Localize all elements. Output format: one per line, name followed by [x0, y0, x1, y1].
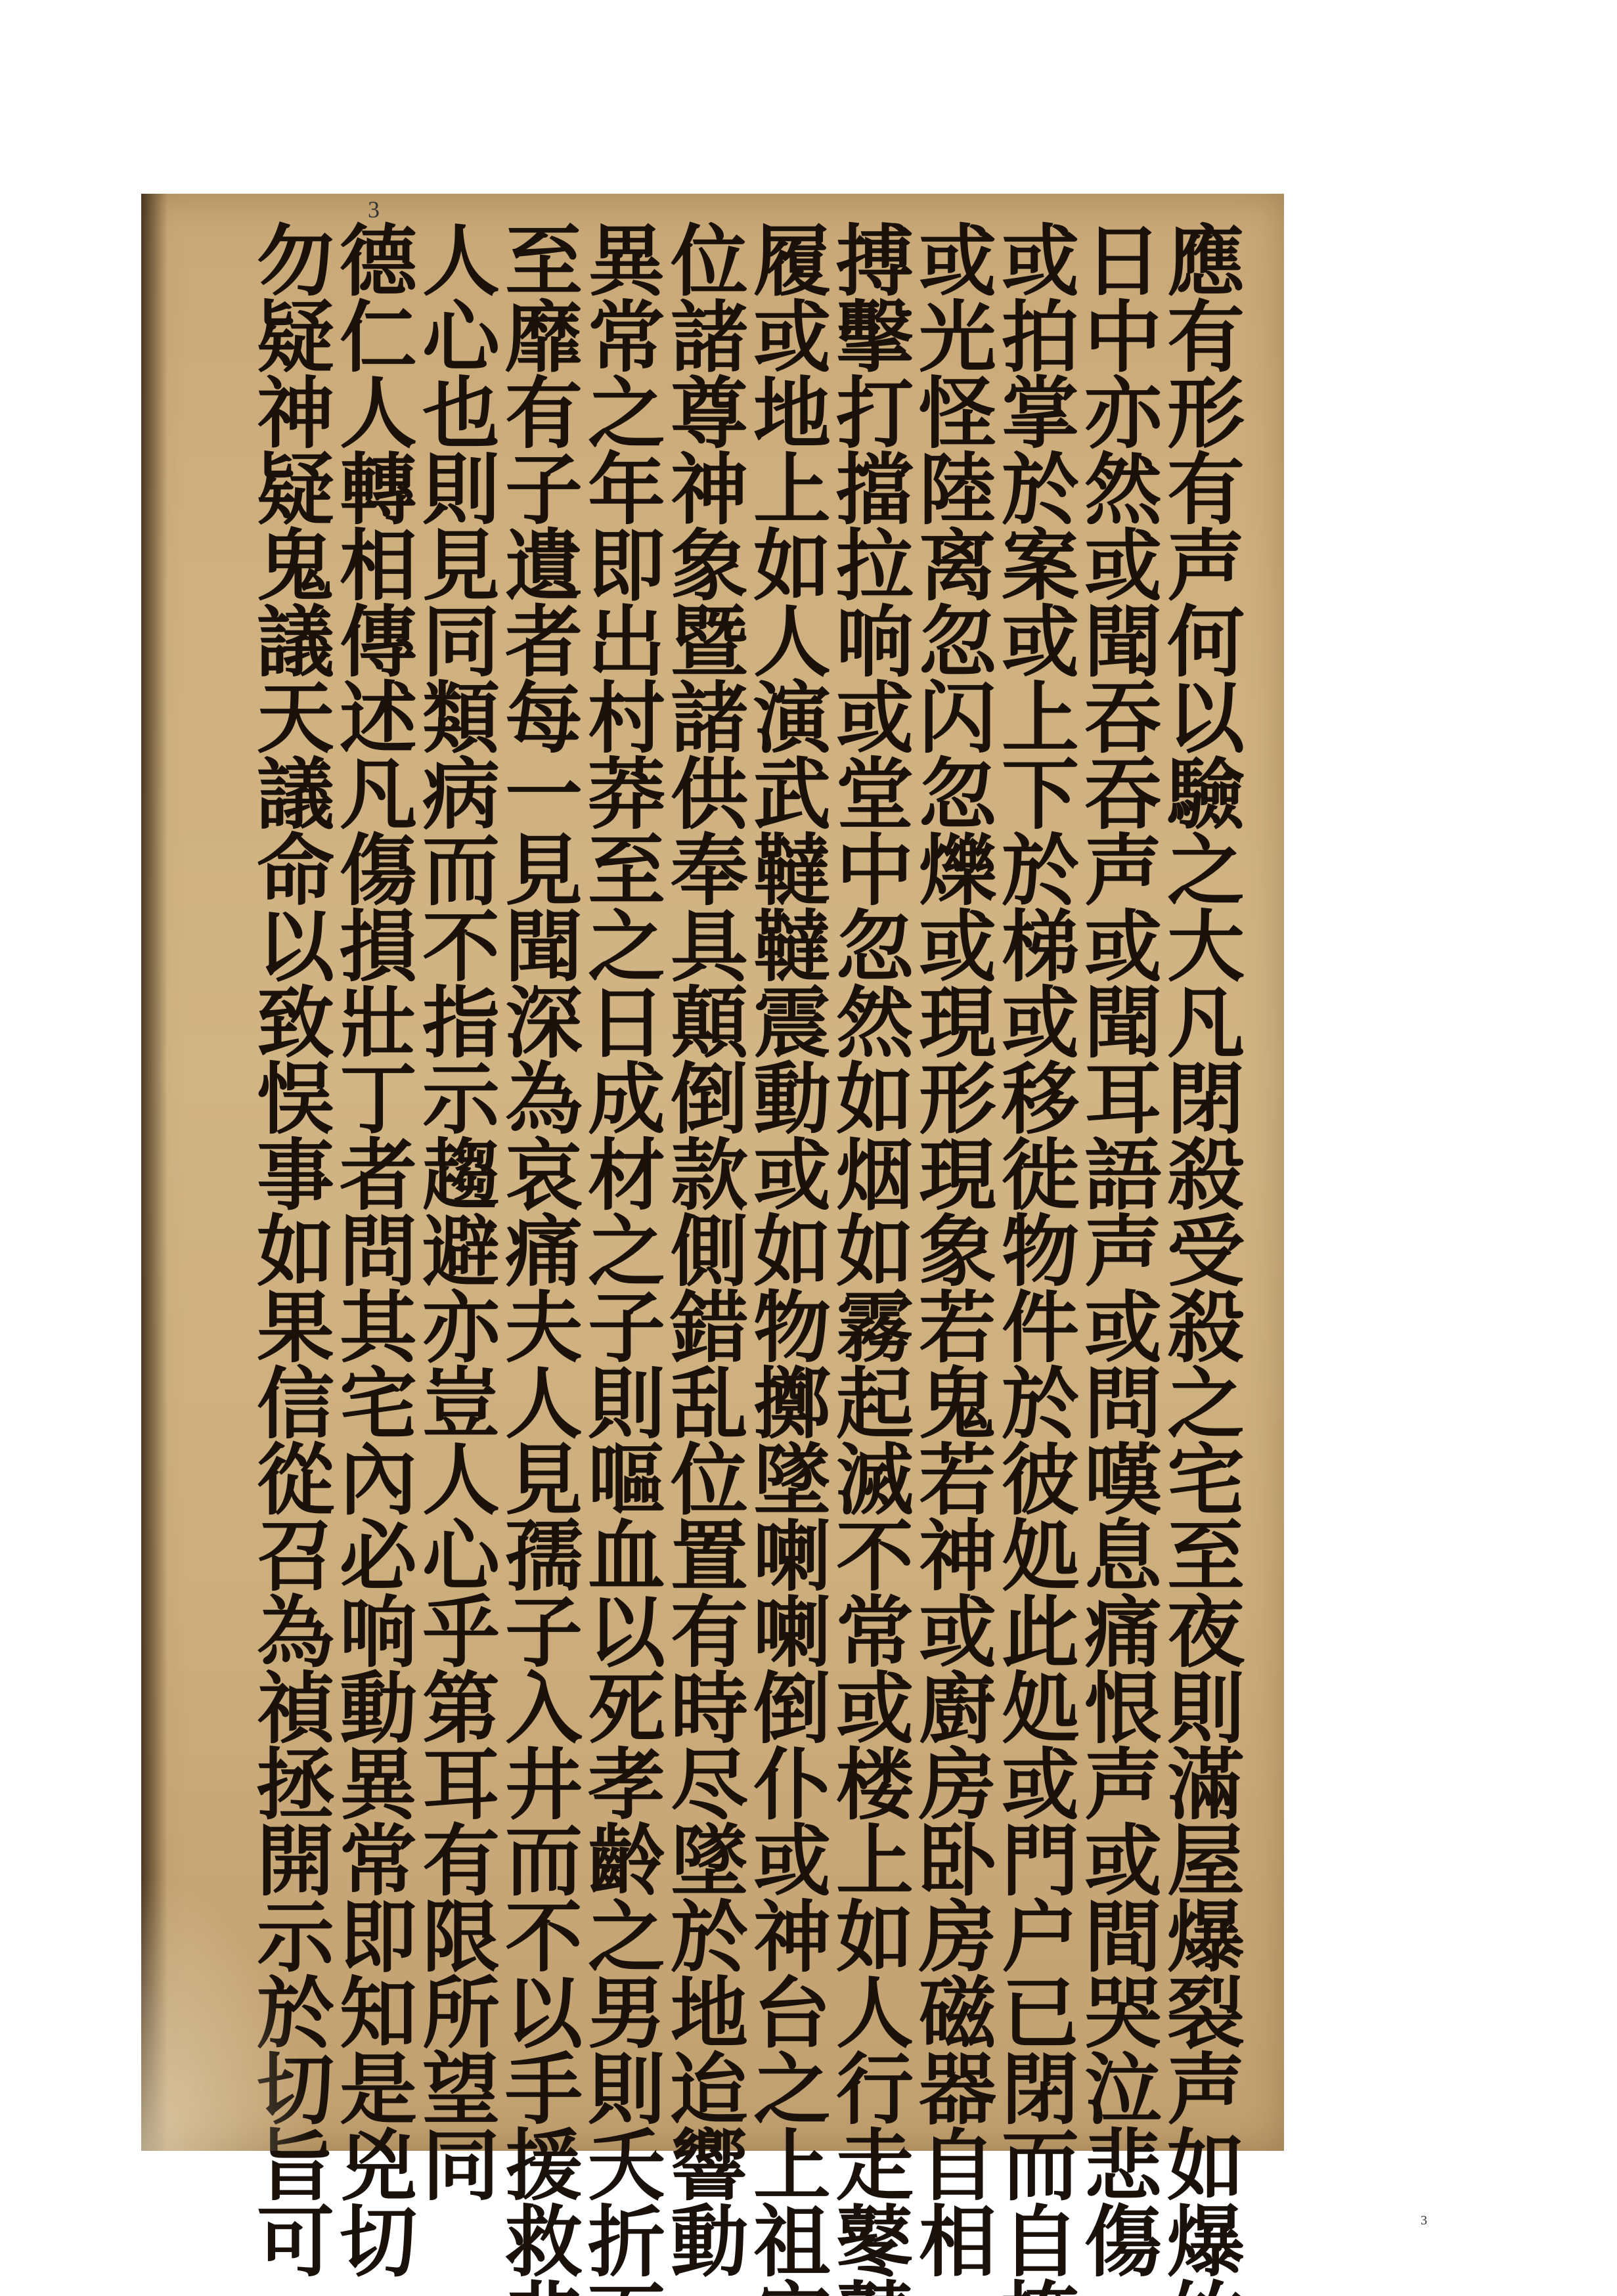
text-column-5: 搏擊打擋拉响或堂中忽然如烟如霧起滅不常或楼上如人行走鼕鼕步	[828, 220, 907, 2111]
text-column-11: 德仁人轉相傳述凡傷損壯丁者問其宅內必响動異常即知是兇切	[332, 220, 410, 2111]
folio-mark: 3	[368, 196, 380, 223]
text-column-12: 勿疑神疑鬼議天議命以致悮事如果信從召為禎拯開示於切旨可	[249, 220, 328, 2111]
manuscript-scan: 應有形有声何以驗之大凡閉殺受殺之宅至夜則滿屋爆裂声如爆竹時則 日中亦然或聞吞吞声…	[141, 194, 1284, 2151]
text-column-7: 位諸尊神象暨諸供奉具顛倒款側錯乱位置有時尽墜於地迨響動	[663, 220, 742, 2111]
text-column-9: 至靡有子遺者每一見聞深為哀痛夫人見孺子入井而不以手援救非	[497, 220, 576, 2111]
text-column-2: 日中亦然或聞吞吞声或聞耳語声或問嘆息痛恨声或間哭泣悲傷一	[1076, 220, 1155, 2111]
text-column-3: 或拍掌於案或上下於梯或移徙物件於彼処此処或門户已閉而自掩自開	[994, 220, 1073, 2111]
page-number: 3	[1421, 2213, 1427, 2228]
text-columns: 應有形有声何以驗之大凡閉殺受殺之宅至夜則滿屋爆裂声如爆竹時則 日中亦然或聞吞吞声…	[249, 220, 1238, 2111]
text-column-1: 應有形有声何以驗之大凡閉殺受殺之宅至夜則滿屋爆裂声如爆竹時則	[1159, 220, 1238, 2111]
text-column-6: 履或地上如人演武韃韃震動或如物擲墜喇喇倒仆或神台之上祖宗牌	[745, 220, 824, 2111]
text-column-10: 人心也則見同類病而不指示趨避亦豈人心乎第耳有限所望同	[414, 220, 493, 2111]
text-column-8: 異常之年即出村莽至之日成材之子則嘔血以死孝齡之男則夭折而亡多	[580, 220, 659, 2111]
text-column-4: 或光怪陸离忽闪忽爍或現形現象若鬼若神或廚房卧房磁器自相	[911, 220, 990, 2111]
